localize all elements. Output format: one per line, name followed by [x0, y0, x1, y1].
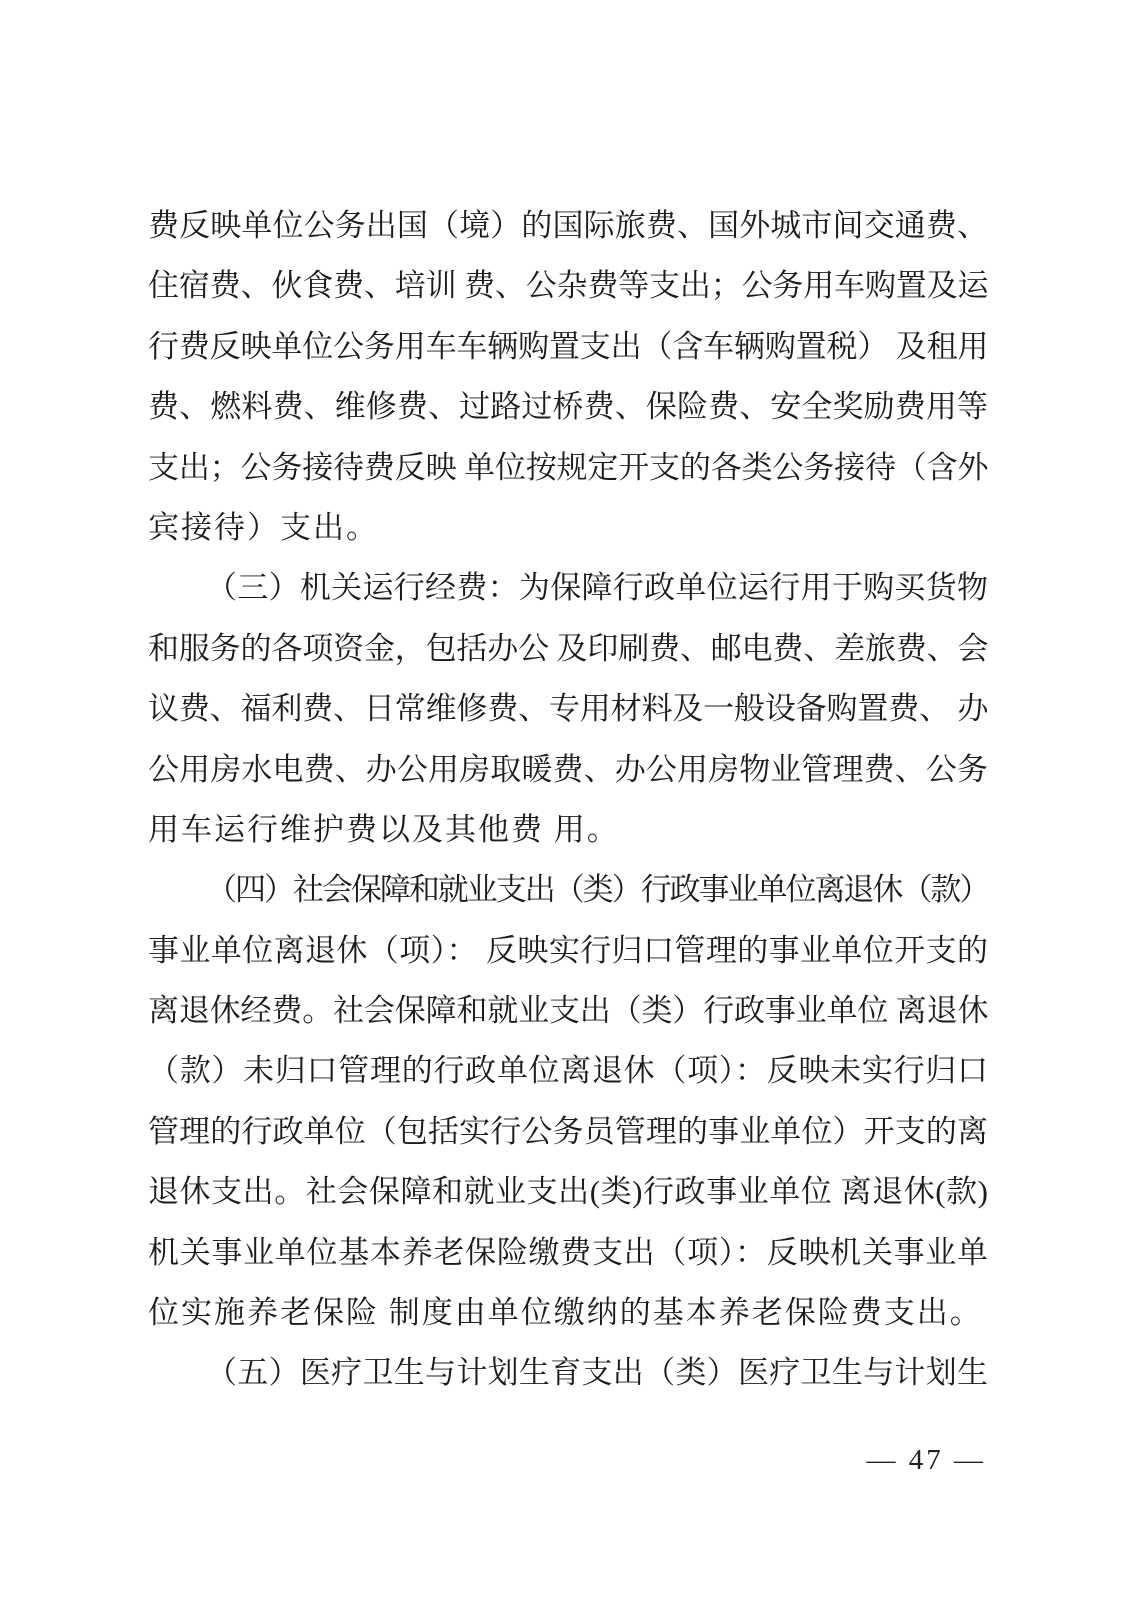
text-line: 退休支出。社会保障和就业支出(类)行政事业单位 离退休(款): [148, 1162, 988, 1222]
text-line: （款）未归口管理的行政单位离退休（项）：反映未实行归口: [148, 1041, 988, 1101]
text-line: 行费反映单位公务用车车辆购置支出（含车辆购置税） 及租用: [148, 317, 988, 377]
text-line: 费反映单位公务出国（境）的国际旅费、国外城市间交通费、: [148, 196, 988, 256]
text-line: （三）机关运行经费：为保障行政单位运行用于购买货物: [148, 558, 988, 618]
text-line: 费、燃料费、维修费、过路过桥费、保险费、安全奖励费用等: [148, 377, 988, 437]
text-line: 住宿费、伙食费、培训 费、公杂费等支出；公务用车购置及运: [148, 256, 988, 316]
text-line: 离退休经费。社会保障和就业支出（类）行政事业单位 离退休: [148, 981, 988, 1041]
text-line: 议费、福利费、日常维修费、专用材料及一般设备购置费、 办: [148, 679, 988, 739]
text-line: （四）社会保障和就业支出（类）行政事业单位离退休（款）: [148, 860, 988, 920]
text-line: 管理的行政单位（包括实行公务员管理的事业单位）开支的离: [148, 1102, 988, 1162]
text-line: 机关事业单位基本养老保险缴费支出（项）：反映机关事业单: [148, 1223, 988, 1283]
page-number: — 47 —: [867, 1443, 987, 1477]
text-line: 事业单位离退休（项）： 反映实行归口管理的事业单位开支的: [148, 921, 988, 981]
text-line: 和服务的各项资金，包括办公 及印刷费、邮电费、差旅费、会: [148, 619, 988, 679]
document-body: 费反映单位公务出国（境）的国际旅费、国外城市间交通费、住宿费、伙食费、培训 费、…: [148, 196, 988, 1404]
document-page: 费反映单位公务出国（境）的国际旅费、国外城市间交通费、住宿费、伙食费、培训 费、…: [0, 0, 1132, 1600]
text-line: 宾接待）支出。: [148, 498, 988, 558]
text-line: （五）医疗卫生与计划生育支出（类）医疗卫生与计划生: [148, 1343, 988, 1403]
text-line: 支出；公务接待费反映 单位按规定开支的各类公务接待（含外: [148, 438, 988, 498]
text-line: 用车运行维护费以及其他费 用。: [148, 800, 988, 860]
text-line: 位实施养老保险 制度由单位缴纳的基本养老保险费支出。: [148, 1283, 988, 1343]
text-line: 公用房水电费、办公用房取暖费、办公用房物业管理费、公务: [148, 740, 988, 800]
